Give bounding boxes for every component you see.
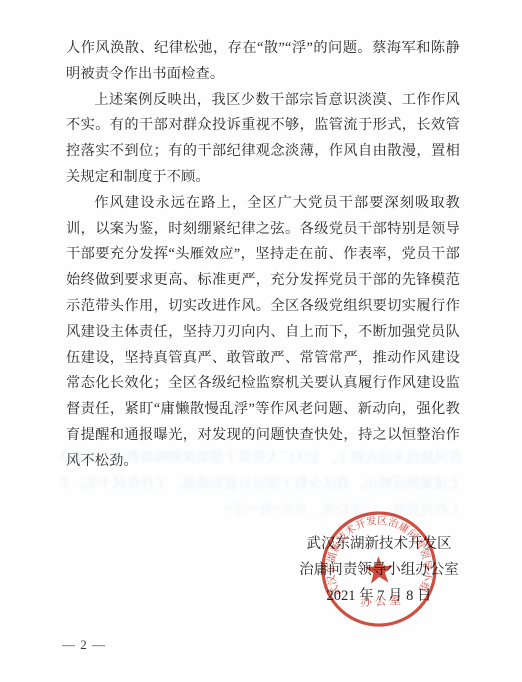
signature-org-line1: 武汉东湖新技术开发区 — [256, 531, 502, 557]
document-paragraph: 上述案例反映出，我区少数干部宗旨意识淡漠、工作作风不实。有的干部对群众投诉重视不… — [66, 88, 460, 191]
signature-date: 2021 年 7 月 8 日 — [256, 583, 502, 609]
scan-bleed-artifact: 上述案例反映出，我区少数干部宗旨意识淡漠、工作作风不实。有的干部对群众投诉重视不… — [60, 473, 462, 495]
signature-org-line2: 治庸问责领导小组办公室 — [256, 557, 502, 583]
document-body: 人作风涣散、纪律松弛，存在“散”“浮”的问题。蔡海军和陈静明被责令作出书面检查。… — [66, 36, 460, 475]
signature-block: 武汉东湖新技术开发区 治庸问责领导小组办公室 2021 年 7 月 8 日 — [256, 531, 502, 609]
document-paragraph: 人作风涣散、纪律松弛，存在“散”“浮”的问题。蔡海军和陈静明被责令作出书面检查。 — [66, 36, 460, 88]
page-number: — 2 — — [62, 637, 106, 653]
document-paragraph: 作风建设永远在路上，全区广大党员干部要深刻吸取教训，以案为鉴，时刻绷紧纪律之弦。… — [66, 191, 460, 475]
scanned-document-page: 人作风涣散、纪律松弛，存在“散”“浮”的问题。蔡海军和陈静明被责令作出书面检查。… — [0, 0, 522, 682]
scan-bleed-artifact: 人作风涣散、纪律松弛，存在“散”“浮”的问题。蔡海军和陈静明被责令作出书面检查。 — [225, 500, 462, 522]
